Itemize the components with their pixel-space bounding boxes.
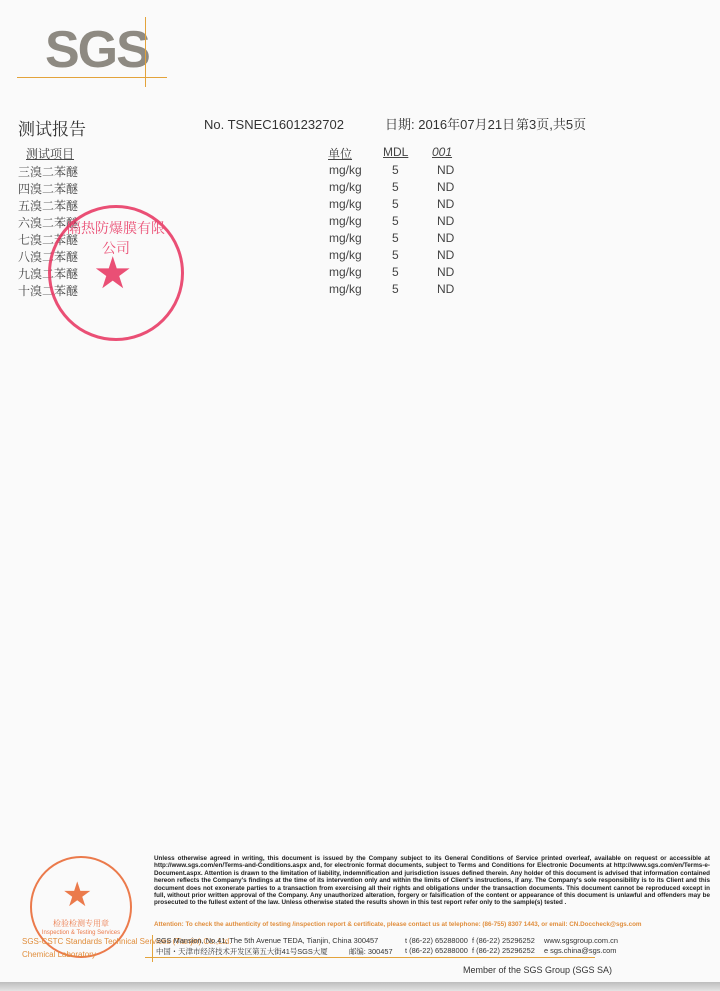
telephone-cn: t (86-22) 65288000	[405, 946, 468, 955]
result-cell: ND	[437, 163, 454, 177]
page-info: 第3页,共5页	[516, 114, 586, 133]
test-item: 五溴二苯醚	[18, 197, 78, 214]
unit-cell: mg/kg	[329, 248, 362, 262]
unit-cell: mg/kg	[329, 231, 362, 245]
report-date: 日期: 2016年07月21日	[385, 114, 515, 133]
mdl-cell: 5	[392, 163, 399, 177]
column-header-mdl: MDL	[383, 145, 408, 159]
column-header-unit: 单位	[328, 145, 352, 162]
fax: f (86-22) 25296252	[472, 936, 535, 945]
unit-cell: mg/kg	[329, 214, 362, 228]
sgs-logo: SGS	[45, 24, 149, 76]
star-icon: ★	[93, 252, 132, 296]
page-edge-shadow	[0, 982, 720, 991]
result-cell: ND	[437, 214, 454, 228]
result-cell: ND	[437, 265, 454, 279]
mdl-cell: 5	[392, 248, 399, 262]
unit-cell: mg/kg	[329, 282, 362, 296]
test-item: 三溴二苯醚	[18, 163, 78, 180]
logo-vertical-line	[145, 17, 146, 87]
fax-cn: f (86-22) 25296252	[472, 946, 535, 955]
mdl-cell: 5	[392, 214, 399, 228]
report-number: No. TSNEC1601232702	[204, 117, 344, 132]
mdl-cell: 5	[392, 265, 399, 279]
attention-text: Attention: To check the authenticity of …	[154, 921, 710, 928]
test-item: 四溴二苯醚	[18, 180, 78, 197]
unit-cell: mg/kg	[329, 180, 362, 194]
mdl-cell: 5	[392, 197, 399, 211]
website-link[interactable]: www.sgsgroup.com.cn	[544, 936, 618, 945]
disclaimer-text: Unless otherwise agreed in writing, this…	[154, 855, 710, 907]
address-cn: 中国・天津市经济技术开发区第五大街41号SGS大厦	[156, 946, 328, 957]
mdl-cell: 5	[392, 180, 399, 194]
mdl-cell: 5	[392, 231, 399, 245]
seal-text: 检验检测专用章	[32, 918, 130, 929]
unit-cell: mg/kg	[329, 163, 362, 177]
result-cell: ND	[437, 180, 454, 194]
result-cell: ND	[437, 282, 454, 296]
lab-department: Chemical Laboratory	[22, 950, 96, 959]
column-header-item: 测试项目	[26, 145, 74, 162]
postcode: 邮编: 300457	[349, 946, 393, 957]
report-title: 测试报告	[18, 115, 86, 140]
unit-cell: mg/kg	[329, 265, 362, 279]
address-underline	[145, 957, 595, 958]
company-stamp: 隔热防爆膜有限公司 ★	[48, 205, 184, 341]
table-row: 三溴二苯醚mg/kg5ND	[0, 163, 720, 180]
result-cell: ND	[437, 248, 454, 262]
column-header-sample: 001	[432, 145, 452, 159]
email-link[interactable]: e sgs.china@sgs.com	[544, 946, 616, 955]
telephone: t (86-22) 65288000	[405, 936, 468, 945]
table-row: 四溴二苯醚mg/kg5ND	[0, 180, 720, 197]
member-text: Member of the SGS Group (SGS SA)	[463, 965, 612, 975]
mdl-cell: 5	[392, 282, 399, 296]
report-page: SGS 测试报告 No. TSNEC1601232702 日期: 2016年07…	[0, 0, 720, 982]
result-cell: ND	[437, 231, 454, 245]
seal-subtext: Inspection & Testing Services	[32, 930, 130, 936]
address-en: SGS Mansion, No.41, The 5th Avenue TEDA,…	[156, 936, 378, 945]
result-cell: ND	[437, 197, 454, 211]
star-icon: ★	[62, 878, 92, 912]
unit-cell: mg/kg	[329, 197, 362, 211]
